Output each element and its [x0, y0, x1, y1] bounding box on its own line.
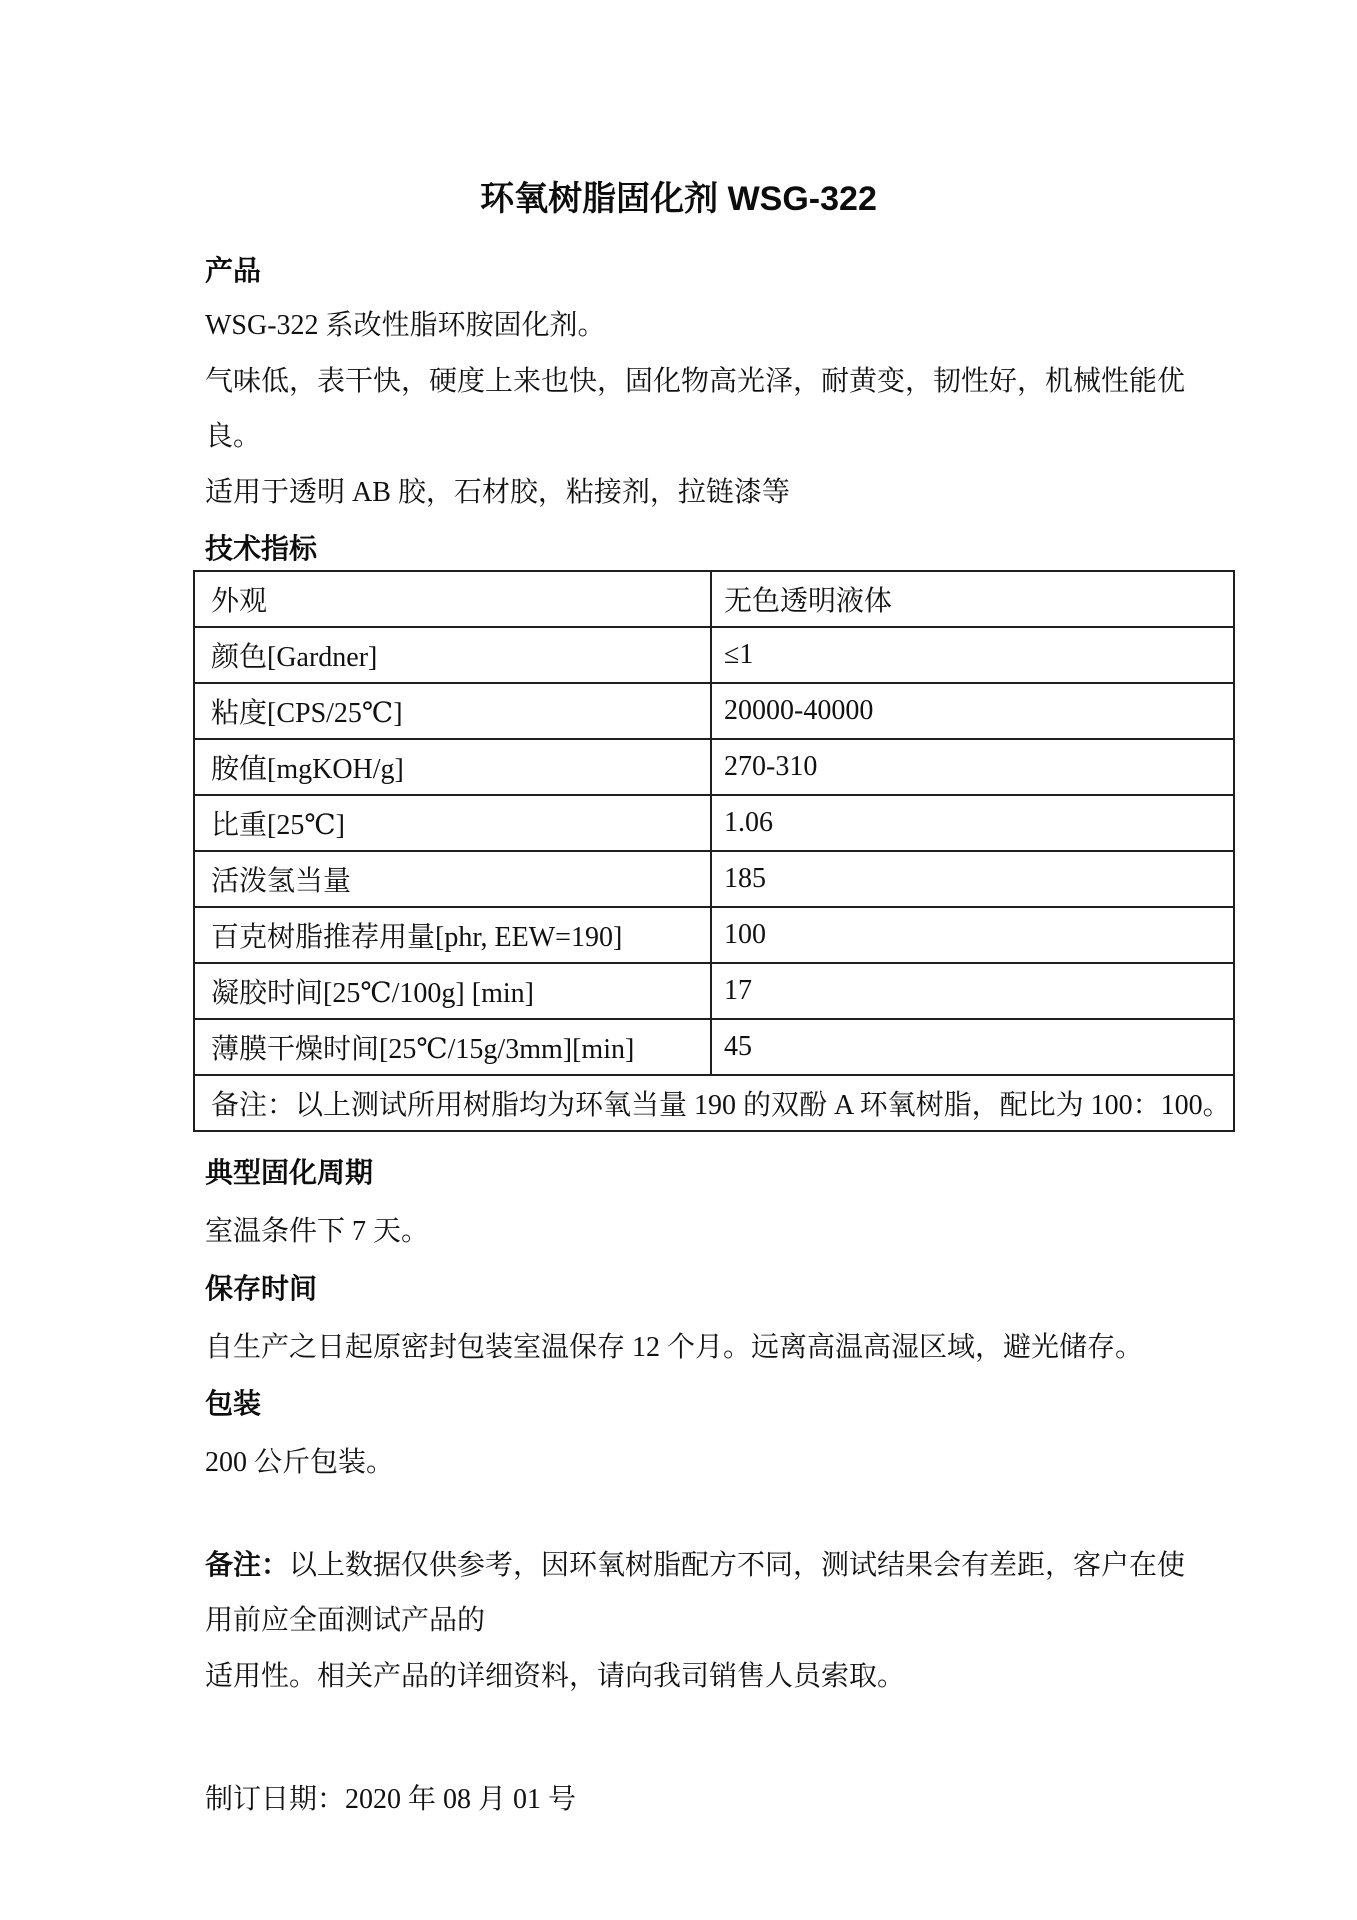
disclaimer-text: 备注：以上数据仅供参考，因环氧树脂配方不同，测试结果会有差距，客户在使 用前应全…	[205, 1537, 1357, 1705]
table-row: 颜色[Gardner] ≤1	[194, 627, 1234, 683]
spec-value-cell: 20000-40000	[711, 683, 1234, 739]
table-row: 活泼氢当量 185	[194, 851, 1234, 907]
spec-label-cell: 比重[25℃]	[194, 795, 711, 851]
product-line: 气味低，表干快，硬度上来也快，固化物高光泽，耐黄变，韧性好，机械性能优	[205, 354, 1357, 410]
product-line: 适用于透明 AB 胶，石材胶，粘接剂，拉链漆等	[205, 465, 1357, 521]
disclaimer-line: 适用性。相关产品的详细资料，请向我司销售人员索取。	[205, 1649, 1357, 1705]
spec-value-cell: 185	[711, 851, 1234, 907]
date-line: 制订日期：2020 年 08 月 01 号	[205, 1772, 1357, 1828]
spec-value-cell: 无色透明液体	[711, 571, 1234, 627]
spec-label-cell: 凝胶时间[25℃/100g] [min]	[194, 963, 711, 1019]
product-line: WSG-322 系改性脂环胺固化剂。	[205, 298, 1357, 354]
spec-value-cell: 100	[711, 907, 1234, 963]
section-heading-product: 产品	[205, 254, 1357, 288]
cure-text: 室温条件下 7 天。	[205, 1204, 1357, 1260]
date-line-text: 制订日期：2020 年 08 月 01 号	[205, 1772, 1357, 1828]
table-row: 百克树脂推荐用量[phr, EEW=190] 100	[194, 907, 1234, 963]
spec-value-cell: 17	[711, 963, 1234, 1019]
spec-value-cell: 45	[711, 1019, 1234, 1075]
spec-label-cell: 活泼氢当量	[194, 851, 711, 907]
table-row: 凝胶时间[25℃/100g] [min] 17	[194, 963, 1234, 1019]
section-heading-packaging: 包装	[205, 1387, 1357, 1421]
packaging-line: 200 公斤包装。	[205, 1435, 1357, 1491]
section-heading-cure: 典型固化周期	[205, 1156, 1357, 1190]
disclaimer-line: 用前应全面测试产品的	[205, 1593, 1357, 1649]
spec-value-cell: ≤1	[711, 627, 1234, 683]
spec-label-cell: 外观	[194, 571, 711, 627]
table-row: 粘度[CPS/25℃] 20000-40000	[194, 683, 1234, 739]
table-row: 外观 无色透明液体	[194, 571, 1234, 627]
table-row: 比重[25℃] 1.06	[194, 795, 1234, 851]
spec-value-cell: 270-310	[711, 739, 1234, 795]
table-row: 胺值[mgKOH/g] 270-310	[194, 739, 1234, 795]
product-description: WSG-322 系改性脂环胺固化剂。 气味低，表干快，硬度上来也快，固化物高光泽…	[205, 298, 1357, 520]
spec-label-cell: 胺值[mgKOH/g]	[194, 739, 711, 795]
disclaimer-line: 备注：以上数据仅供参考，因环氧树脂配方不同，测试结果会有差距，客户在使	[205, 1537, 1357, 1594]
packaging-text: 200 公斤包装。	[205, 1435, 1357, 1491]
spec-label-cell: 百克树脂推荐用量[phr, EEW=190]	[194, 907, 711, 963]
spec-label-cell: 粘度[CPS/25℃]	[194, 683, 711, 739]
product-line: 良。	[205, 409, 1357, 465]
spec-label-cell: 颜色[Gardner]	[194, 627, 711, 683]
page-title: 环氧树脂固化剂 WSG-322	[0, 0, 1357, 218]
spec-label-cell: 薄膜干燥时间[25℃/15g/3mm][min]	[194, 1019, 711, 1075]
storage-line: 自生产之日起原密封包装室温保存 12 个月。远离高温高湿区域，避光储存。	[205, 1320, 1357, 1376]
table-note-row: 备注：以上测试所用树脂均为环氧当量 190 的双酚 A 环氧树脂，配比为 100…	[194, 1075, 1234, 1131]
section-heading-specs: 技术指标	[205, 532, 1357, 566]
storage-text: 自生产之日起原密封包装室温保存 12 个月。远离高温高湿区域，避光储存。	[205, 1320, 1357, 1376]
cure-line: 室温条件下 7 天。	[205, 1204, 1357, 1260]
specs-table: 外观 无色透明液体 颜色[Gardner] ≤1 粘度[CPS/25℃] 200…	[193, 570, 1235, 1132]
spec-value-cell: 1.06	[711, 795, 1234, 851]
table-note-cell: 备注：以上测试所用树脂均为环氧当量 190 的双酚 A 环氧树脂，配比为 100…	[194, 1075, 1234, 1131]
table-row: 薄膜干燥时间[25℃/15g/3mm][min] 45	[194, 1019, 1234, 1075]
disclaimer-line-text: 以上数据仅供参考，因环氧树脂配方不同，测试结果会有差距，客户在使	[289, 1550, 1185, 1581]
document-page: 环氧树脂固化剂 WSG-322 产品 WSG-322 系改性脂环胺固化剂。 气味…	[0, 0, 1357, 1920]
section-heading-storage: 保存时间	[205, 1272, 1357, 1306]
disclaimer-label: 备注：	[205, 1549, 289, 1580]
